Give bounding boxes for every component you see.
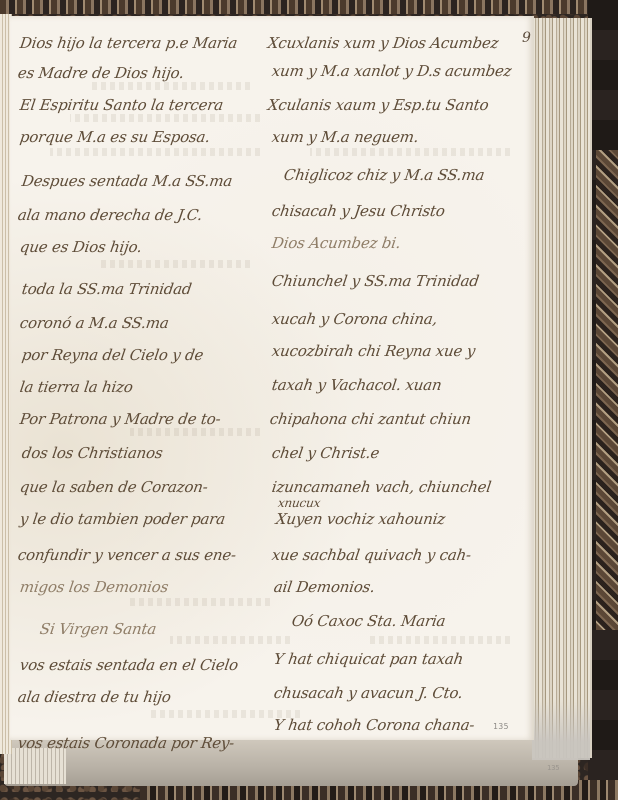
text-line: la tierra la hizo [19, 378, 134, 396]
bleed-through [370, 636, 510, 644]
text-line: xucah y Corona china, [271, 310, 439, 328]
text-line: Despues sentada M.a SS.ma [21, 172, 234, 190]
text-line: izuncamaneh vach, chiunchel [271, 478, 493, 496]
text-line: chipahona chi zantut chiun [269, 410, 473, 428]
text-line: Chiglicoz chiz y M.a SS.ma [283, 166, 486, 184]
under-page-edges [4, 748, 66, 784]
text-line: Por Patrona y Madre de to- [19, 410, 222, 428]
bleed-through [50, 148, 260, 156]
text-line: vos estais Coronada por Rey- [17, 734, 236, 752]
under-page-stamp: 135 [547, 764, 560, 772]
text-line: migos los Demonios [19, 578, 170, 596]
bleed-through [170, 636, 290, 644]
text-line: chisacah y Jesu Christo [271, 202, 446, 220]
text-line: que es Dios hijo. [19, 238, 143, 256]
text-line: confundir y vencer a sus ene- [17, 546, 238, 564]
text-line: porque M.a es su Esposa. [19, 128, 211, 146]
text-line: xum y M.a neguem. [271, 128, 420, 146]
marbled-cover-right [596, 150, 618, 630]
text-line: coronó a M.a SS.ma [19, 314, 170, 332]
bleed-through [90, 82, 250, 90]
text-line: por Reyna del Cielo y de [21, 346, 205, 364]
fore-edge-page-stack [532, 18, 592, 758]
text-line: es Madre de Dios hijo. [17, 64, 185, 82]
text-line: Y hat cohoh Corona chana- [273, 716, 476, 734]
text-line: taxah y Vachacol. xuan [271, 376, 443, 394]
text-line: xucozbirah chi Reyna xue y [271, 342, 477, 360]
text-line: ail Demonios. [273, 578, 376, 596]
text-line: toda la SS.ma Trinidad [21, 280, 193, 298]
page-stamp: 135 [493, 722, 509, 731]
manuscript-page: 9 Dios hijo la tercera p.e Maria es Madr… [10, 16, 534, 740]
bleed-through [70, 114, 260, 122]
text-line: Dios Acumbez bi. [271, 234, 402, 252]
bleed-through [100, 260, 250, 268]
bleed-through [310, 148, 510, 156]
text-line-insertion: xnucux [277, 496, 321, 510]
text-line: Dios hijo la tercera p.e Maria [19, 34, 239, 52]
bleed-through [130, 428, 260, 436]
text-line: y le dio tambien poder para [19, 510, 227, 528]
folio-number: 9 [522, 30, 531, 46]
text-line: Xcuxlanis xum y Dios Acumbez [267, 34, 500, 52]
text-line: Y hat chiquicat pan taxah [273, 650, 465, 668]
bleed-through [130, 598, 270, 606]
text-line: ala mano derecha de J.C. [17, 206, 204, 224]
page-stack-shadow [532, 700, 590, 760]
text-line: Oó Caxoc Sta. Maria [291, 612, 447, 630]
text-line: dos los Christianos [21, 444, 164, 462]
text-line: vos estais sentada en el Cielo [19, 656, 240, 674]
text-line: que la saben de Corazon- [19, 478, 209, 496]
marbled-cover-top [0, 0, 618, 14]
text-line: xue sachbal quivach y cah- [271, 546, 473, 564]
text-line: Xculanis xaum y Esp.tu Santo [267, 96, 490, 114]
text-line: El Espiritu Santo la tercera [19, 96, 225, 114]
text-line: Si Virgen Santa [39, 620, 158, 638]
manuscript-photo: 135 9 Dios hijo la tercera p.e Maria es … [0, 0, 618, 800]
text-line: chel y Christ.e [271, 444, 381, 462]
text-line: Xuyen vochiz xahouniz [275, 510, 447, 528]
text-line: ala diestra de tu hijo [17, 688, 172, 706]
text-line: xum y M.a xanlot y D.s acumbez [271, 62, 513, 80]
text-line: Chiunchel y SS.ma Trinidad [271, 272, 480, 290]
text-line: chusacah y avacun J. Cto. [273, 684, 464, 702]
